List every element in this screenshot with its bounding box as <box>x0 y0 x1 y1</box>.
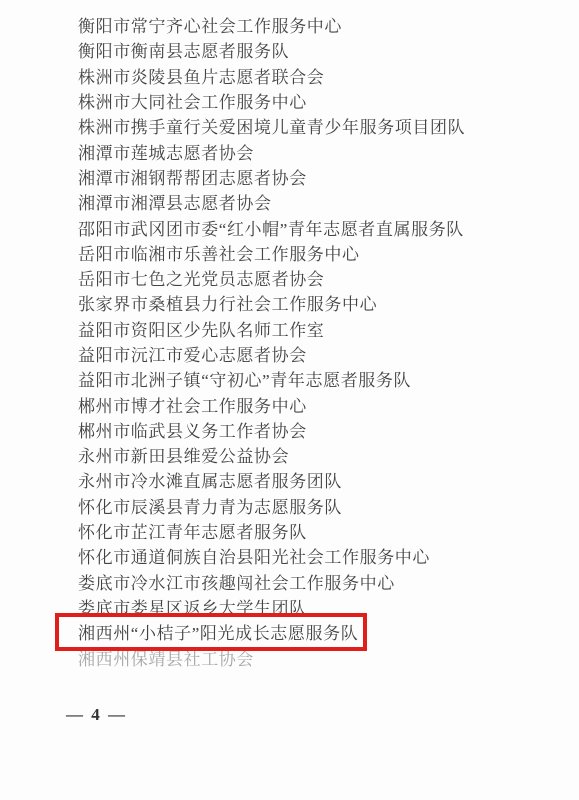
list-item-faded: 湘西州保靖县社工协会 <box>78 644 465 669</box>
document-page: 衡阳市常宁齐心社会工作服务中心 衡阳市衡南县志愿者服务队 株洲市炎陵县鱼片志愿者… <box>0 0 579 800</box>
list-item: 益阳市北洲子镇“守初心”青年志愿者服务队 <box>78 366 465 391</box>
list-item: 湘潭市莲城志愿者协会 <box>78 138 465 163</box>
highlighted-item-label: 湘西州“小桔子”阳光成长志愿服务队 <box>78 619 358 644</box>
list-item: 益阳市资阳区少先队名师工作室 <box>78 316 465 341</box>
list-item: 湘潭市湘钢帮帮团志愿者协会 <box>78 164 465 189</box>
page-number: — 4 — <box>66 705 127 725</box>
list-item: 株洲市炎陵县鱼片志愿者联合会 <box>78 63 465 88</box>
list-item: 邵阳市武冈团市委“红小帽”青年志愿者直属服务队 <box>78 214 465 239</box>
list-item-highlighted: 湘西州“小桔子”阳光成长志愿服务队 <box>78 619 465 644</box>
list-item: 郴州市临武县义务工作者协会 <box>78 417 465 442</box>
list-item: 岳阳市七色之光党员志愿者协会 <box>78 265 465 290</box>
list-item: 张家界市桑植县力行社会工作服务中心 <box>78 290 465 315</box>
list-item: 益阳市沅江市爱心志愿者协会 <box>78 341 465 366</box>
list-item: 衡阳市常宁齐心社会工作服务中心 <box>78 12 465 37</box>
list-item: 株洲市携手童行关爱困境儿童青少年服务项目团队 <box>78 113 465 138</box>
organization-list: 衡阳市常宁齐心社会工作服务中心 衡阳市衡南县志愿者服务队 株洲市炎陵县鱼片志愿者… <box>78 12 465 670</box>
list-item: 永州市冷水滩直属志愿者服务团队 <box>78 467 465 492</box>
list-item: 怀化市辰溪县青力青为志愿服务队 <box>78 493 465 518</box>
list-item: 永州市新田县维爱公益协会 <box>78 442 465 467</box>
list-item: 怀化市通道侗族自治县阳光社会工作服务中心 <box>78 543 465 568</box>
list-item: 湘潭市湘潭县志愿者协会 <box>78 189 465 214</box>
list-item: 怀化市芷江青年志愿者服务队 <box>78 518 465 543</box>
list-item: 娄底市娄星区返乡大学生团队 <box>78 594 465 619</box>
list-item: 岳阳市临湘市乐善社会工作服务中心 <box>78 240 465 265</box>
list-item: 株洲市大同社会工作服务中心 <box>78 88 465 113</box>
list-item: 郴州市博才社会工作服务中心 <box>78 391 465 416</box>
list-item: 娄底市冷水江市孩趣闯社会工作服务中心 <box>78 569 465 594</box>
list-item: 衡阳市衡南县志愿者服务队 <box>78 37 465 62</box>
